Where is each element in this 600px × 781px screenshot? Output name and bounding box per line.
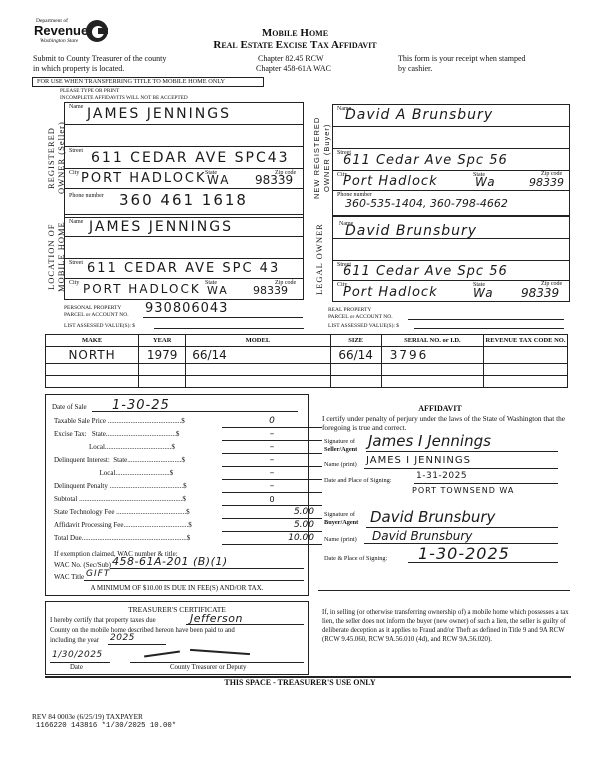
col-model: MODEL xyxy=(186,335,330,347)
real-property-label: REAL PROPERTY PARCEL or ACCOUNT NO. xyxy=(328,307,393,321)
legal-name-line2[interactable] xyxy=(333,239,569,261)
seller-name-print-label: Name (print) xyxy=(324,461,357,468)
date-of-sale-label: Date of Sale xyxy=(52,403,87,411)
fee-label: Affidavit Processing Fee................… xyxy=(54,521,226,529)
fee-value[interactable]: – xyxy=(222,443,322,454)
wac-title-value: GIFT xyxy=(86,569,110,579)
fee-row-excise-state: Excise Tax: State.......................… xyxy=(54,430,326,443)
buyer-name-print-value: David Brunsbury xyxy=(372,529,472,543)
personal-parcel-field[interactable]: 930806043 xyxy=(143,301,303,318)
legal-zip-value: 98339 xyxy=(521,286,559,300)
seller-place-value: PORT TOWNSEND WA xyxy=(412,486,514,495)
seller-state-value: WA xyxy=(207,173,230,187)
location-zip-value: 98339 xyxy=(253,284,288,297)
fee-label: Taxable Sale Price .....................… xyxy=(54,417,226,425)
legal-city-field[interactable]: City Port Hadlock State Wa Zip code 9833… xyxy=(333,281,569,301)
buyer-city-value: Port Hadlock xyxy=(343,174,438,189)
name-label: Name xyxy=(69,219,83,225)
fee-label: State Technology Fee ...................… xyxy=(54,508,226,516)
model-cell[interactable] xyxy=(186,376,330,388)
buyer-name-field[interactable]: Name David A Brunsbury xyxy=(333,105,569,127)
revenue-code-cell[interactable] xyxy=(484,347,568,364)
location-name-field[interactable]: Name JAMES JENNINGS xyxy=(65,215,303,237)
seller-phone-field[interactable]: Phone number 360 461 1618 xyxy=(65,189,303,217)
form-title-line2: Real Estate Excise Tax Affidavit xyxy=(180,39,410,51)
location-city-field[interactable]: City PORT HADLOCK State WA Zip code 9833… xyxy=(65,279,303,299)
sig-label-line1: Signature of xyxy=(324,438,357,446)
size-cell[interactable] xyxy=(330,376,381,388)
section-label-line1: LOCATION OF xyxy=(46,224,56,291)
legal-name-field[interactable]: Name David Brunsbury xyxy=(333,217,569,239)
date-of-sale-field[interactable]: 1-30-25 xyxy=(92,398,298,412)
parcel-label-line2: PARCEL or ACCOUNT NO. xyxy=(328,314,393,321)
legal-street-value: 611 Cedar Ave Spc 56 xyxy=(343,264,508,279)
cashier-stamp: 1166220 143816 *1/30/2025 10.00* xyxy=(36,722,176,730)
serial-cell[interactable]: 3796 xyxy=(381,347,483,364)
buyer-signature-value: David Brunsbury xyxy=(370,508,495,526)
tax-lien-notice: If, in selling (or otherwise transferrin… xyxy=(322,608,570,644)
legal-owner-box: Name David Brunsbury Street 611 Cedar Av… xyxy=(332,216,570,302)
fee-value[interactable]: 10.00 xyxy=(222,534,322,545)
real-assessed-field[interactable] xyxy=(414,322,564,329)
make-cell[interactable] xyxy=(46,376,139,388)
legal-city-value: Port Hadlock xyxy=(343,285,438,300)
model-cell[interactable]: 66/14 xyxy=(186,347,330,364)
submit-instruction-1: Submit to County Treasurer of the county xyxy=(33,54,166,63)
fee-label: Delinquent Interest: State..............… xyxy=(54,456,226,464)
revenue-code-cell[interactable] xyxy=(484,376,568,388)
seller-street-field[interactable]: Street 611 CEDAR AVE SPC43 xyxy=(65,147,303,169)
section-label-line1: NEW REGISTERED xyxy=(312,117,321,199)
fee-value[interactable]: – xyxy=(222,456,322,467)
buyer-date-value: 1-30-2025 xyxy=(418,544,510,563)
new-owner-section-label: NEW REGISTERED OWNER (Buyer) xyxy=(312,103,334,213)
treasurer-date-value: 1/30/2025 xyxy=(52,650,103,660)
treasurer-signature-stroke xyxy=(144,651,180,658)
seller-date-value: 1-31-2025 xyxy=(416,471,467,481)
fee-value[interactable]: – xyxy=(222,430,322,441)
size-cell[interactable]: 66/14 xyxy=(330,347,381,364)
table-row xyxy=(46,364,568,376)
col-size: SIZE xyxy=(330,335,381,347)
personal-property-label: PERSONAL PROPERTY PARCEL or ACCOUNT NO. xyxy=(64,305,129,319)
incomplete-notice: INCOMPLETE AFFIDAVITS WILL NOT BE ACCEPT… xyxy=(60,95,188,101)
location-street-field[interactable]: Street 611 CEDAR AVE SPC 43 xyxy=(65,259,303,279)
revenue-code-cell[interactable] xyxy=(484,364,568,376)
receipt-note-2: by cashier. xyxy=(398,64,432,73)
buyer-signature-label: Signature of Buyer/Agent xyxy=(324,511,358,527)
fee-value[interactable]: – xyxy=(222,482,322,493)
buyer-name-line2[interactable] xyxy=(333,127,569,149)
section-label-line1: REGISTERED xyxy=(46,127,56,189)
submit-instruction-2: in which property is located. xyxy=(33,64,124,73)
treasurer-signature-stroke xyxy=(190,649,250,655)
treasurer-line1: I hereby certify that property taxes due xyxy=(50,617,156,624)
buyer-zip-value: 98339 xyxy=(529,176,564,189)
street-label: Street xyxy=(69,260,83,266)
col-revenue-code: REVENUE TAX CODE NO. xyxy=(484,335,568,347)
chapter-rcw: Chapter 82.45 RCW xyxy=(258,54,324,63)
fee-row-state-technology-fee: State Technology Fee ...................… xyxy=(54,508,326,521)
type-or-print-notice: PLEASE TYPE OR PRINT xyxy=(60,88,119,94)
logo-agency-line2: Revenue xyxy=(34,23,88,38)
treasurer-line3: including the year xyxy=(50,637,99,644)
serial-cell[interactable] xyxy=(381,376,483,388)
seller-signature-label: Signature of Seller/Agent xyxy=(324,438,357,454)
fees-box: Date of Sale 1-30-25 Taxable Sale Price … xyxy=(45,394,309,596)
receipt-note-1: This form is your receipt when stamped xyxy=(398,54,526,63)
logo-agency-line3: Washington State xyxy=(40,38,78,44)
fee-label: Total Due...............................… xyxy=(54,534,226,542)
seller-city-value: PORT HADLOCK xyxy=(81,171,207,186)
date-of-sale-value: 1-30-25 xyxy=(112,398,170,413)
buyer-phone-field[interactable]: Phone number 360-535-1404, 360-798-4662 xyxy=(333,191,569,215)
wac-title-field[interactable]: GIFT xyxy=(84,568,304,581)
treasurer-date-label: Date xyxy=(70,664,83,671)
dor-emblem-icon xyxy=(86,20,108,42)
affidavit-divider xyxy=(318,590,570,591)
seller-name-print-value: JAMES I JENNINGS xyxy=(366,455,471,466)
table-row: NORTH 1979 66/14 66/14 3796 xyxy=(46,347,568,364)
chapter-wac: Chapter 458-61A WAC xyxy=(256,64,331,73)
location-box: Name JAMES JENNINGS Street 611 CEDAR AVE… xyxy=(64,214,304,300)
personal-parcel-value: 930806043 xyxy=(145,301,228,316)
location-city-value: PORT HADLOCK xyxy=(83,282,201,296)
affidavit-title: AFFIDAVIT xyxy=(310,404,570,413)
location-name-value: JAMES JENNINGS xyxy=(89,219,233,235)
fee-label: Local...................................… xyxy=(54,443,226,451)
fee-value[interactable]: 0 xyxy=(222,417,322,428)
name-label: Name xyxy=(69,104,83,110)
treasurer-use-only-label: THIS SPACE - TREASURER'S USE ONLY xyxy=(0,678,600,687)
fee-value[interactable]: 5.00 xyxy=(222,521,322,532)
col-year: YEAR xyxy=(139,335,186,347)
make-cell[interactable] xyxy=(46,364,139,376)
year-cell[interactable]: 1979 xyxy=(139,347,186,364)
buyer-city-field[interactable]: City Port Hadlock State Wa Zip code 9833… xyxy=(333,171,569,191)
fee-row-taxable-sale-price: Taxable Sale Price .....................… xyxy=(54,417,326,430)
treasurer-signature-label: County Treasurer or Deputy xyxy=(170,664,246,671)
personal-assessed-field[interactable] xyxy=(154,322,304,329)
fee-value[interactable]: 0 xyxy=(222,495,322,506)
sig-label-line2: Seller/Agent xyxy=(324,446,357,454)
col-make: MAKE xyxy=(46,335,139,347)
wac-no-field[interactable]: 458-61A-201 (B)(1) xyxy=(110,555,304,569)
form-title-line1: Mobile Home xyxy=(180,27,410,39)
buyer-state-value: Wa xyxy=(475,175,496,189)
city-label: City xyxy=(69,280,79,286)
size-cell[interactable] xyxy=(330,364,381,376)
form-id: REV 84 0003e (6/25/19) TAXPAYER xyxy=(32,712,143,721)
seller-name-line2[interactable] xyxy=(65,125,303,147)
seller-date-field[interactable]: 1-31-2025 xyxy=(414,470,558,484)
fee-row-total-due: Total Due...............................… xyxy=(54,534,326,547)
fee-row-subtotal: Subtotal ...............................… xyxy=(54,495,326,508)
buyer-name-print-label: Name (print) xyxy=(324,536,357,543)
personal-assessed-label: LIST ASSESSED VALUE(S): $ xyxy=(64,323,135,329)
buyer-name-value: David A Brunsbury xyxy=(345,107,493,123)
seller-name-value: JAMES JENNINGS xyxy=(87,106,231,122)
buyer-street-field[interactable]: Street 611 Cedar Ave Spc 56 xyxy=(333,149,569,171)
table-row xyxy=(46,376,568,388)
treasurer-signature-field[interactable] xyxy=(130,647,304,663)
treasurer-date-field[interactable]: 1/30/2025 xyxy=(50,649,110,663)
new-owner-box: Name David A Brunsbury Street 611 Cedar … xyxy=(332,104,570,216)
minimum-due-notice: A MINIMUM OF $10.00 IS DUE IN FEE(S) AND… xyxy=(46,584,308,592)
treasurer-county-value: Jefferson xyxy=(190,612,243,625)
col-serial: SERIAL NO. or I.D. xyxy=(381,335,483,347)
fee-label: Excise Tax: State.......................… xyxy=(54,430,226,438)
fee-value[interactable]: 5.00 xyxy=(222,508,322,519)
transfer-notice-box: FOR USE WHEN TRANSFERRING TITLE TO MOBIL… xyxy=(32,77,264,87)
location-name-line2[interactable] xyxy=(65,237,303,259)
treasurer-county-field[interactable]: Jefferson xyxy=(186,612,304,625)
buyer-date-place-label: Date & Place of Signing: xyxy=(324,555,387,562)
vehicle-header-row: MAKE YEAR MODEL SIZE SERIAL NO. or I.D. … xyxy=(46,335,568,347)
fee-row-delinquent-interest-local: Local...............................$ – xyxy=(54,469,326,482)
legal-name-value: David Brunsbury xyxy=(345,223,477,239)
fee-row-delinquent-interest-state: Delinquent Interest: State..............… xyxy=(54,456,326,469)
affidavit-certify-text: I certify under penalty of perjury under… xyxy=(322,414,572,432)
fee-label: Subtotal ...............................… xyxy=(54,495,226,503)
year-cell[interactable] xyxy=(139,376,186,388)
street-label: Street xyxy=(69,148,83,154)
treasurer-certificate-box: TREASURER'S CERTIFICATE I hereby certify… xyxy=(45,601,309,675)
legal-state-value: Wa xyxy=(473,286,494,300)
fee-label: Delinquent Penalty .....................… xyxy=(54,482,226,490)
buyer-phone-value: 360-535-1404, 360-798-4662 xyxy=(345,197,508,210)
real-parcel-field[interactable] xyxy=(408,313,564,320)
seller-zip-value: 98339 xyxy=(255,173,293,187)
fee-label: Local...............................$ xyxy=(54,469,226,477)
sig-label-line1: Signature of xyxy=(324,511,358,519)
seller-city-field[interactable]: City PORT HADLOCK State WA Zip code 9833… xyxy=(65,169,303,189)
serial-cell[interactable] xyxy=(381,364,483,376)
buyer-street-value: 611 Cedar Ave Spc 56 xyxy=(343,153,508,168)
registered-owner-box: Name JAMES JENNINGS Street 611 CEDAR AVE… xyxy=(64,102,304,218)
legal-owner-section-label: LEGAL OWNER xyxy=(314,218,330,300)
phone-label: Phone number xyxy=(69,193,104,199)
fee-row-affidavit-processing-fee: Affidavit Processing Fee................… xyxy=(54,521,326,534)
seller-phone-value: 360 461 1618 xyxy=(119,191,248,209)
model-cell[interactable] xyxy=(186,364,330,376)
legal-street-field[interactable]: Street 611 Cedar Ave Spc 56 xyxy=(333,261,569,281)
treasurer-year-field[interactable]: 2025 xyxy=(108,633,166,645)
treasurer-year-value: 2025 xyxy=(110,633,135,643)
location-street-value: 611 CEDAR AVE SPC 43 xyxy=(87,261,280,276)
wac-title-label: WAC Title xyxy=(54,573,84,581)
city-label: City xyxy=(69,170,79,176)
buyer-signature-field[interactable]: David Brunsbury xyxy=(366,506,558,528)
section-label-line2: OWNER (Buyer) xyxy=(322,124,331,192)
fee-value[interactable]: – xyxy=(222,469,322,480)
make-cell[interactable]: NORTH xyxy=(46,347,139,364)
parcel-label-line2: PARCEL or ACCOUNT NO. xyxy=(64,312,129,319)
seller-name-field[interactable]: Name JAMES JENNINGS xyxy=(65,103,303,125)
wac-no-value: 458-61A-201 (B)(1) xyxy=(112,555,228,568)
seller-name-print-field[interactable]: JAMES I JENNINGS xyxy=(364,454,558,469)
buyer-name-print-field[interactable]: David Brunsbury xyxy=(364,529,558,544)
fee-row-delinquent-penalty: Delinquent Penalty .....................… xyxy=(54,482,326,495)
parcel-label-line1: PERSONAL PROPERTY xyxy=(64,305,129,312)
location-state-value: WA xyxy=(207,284,229,297)
seller-signature-value: James I Jennings xyxy=(368,432,491,450)
seller-signature-field[interactable]: James I Jennings xyxy=(366,432,558,452)
real-assessed-label: LIST ASSESSED VALUE(S): $ xyxy=(328,323,399,329)
dor-logo: Department of Revenue Washington State xyxy=(34,18,114,48)
fee-row-excise-local: Local...................................… xyxy=(54,443,326,456)
seller-street-value: 611 CEDAR AVE SPC43 xyxy=(91,150,290,166)
year-cell[interactable] xyxy=(139,364,186,376)
sig-label-line2: Buyer/Agent xyxy=(324,519,358,527)
buyer-date-field[interactable]: 1-30-2025 xyxy=(408,544,558,563)
vehicle-table: MAKE YEAR MODEL SIZE SERIAL NO. or I.D. … xyxy=(45,334,568,388)
parcel-label-line1: REAL PROPERTY xyxy=(328,307,393,314)
seller-date-place-label: Date and Place of Signing: xyxy=(324,477,392,484)
